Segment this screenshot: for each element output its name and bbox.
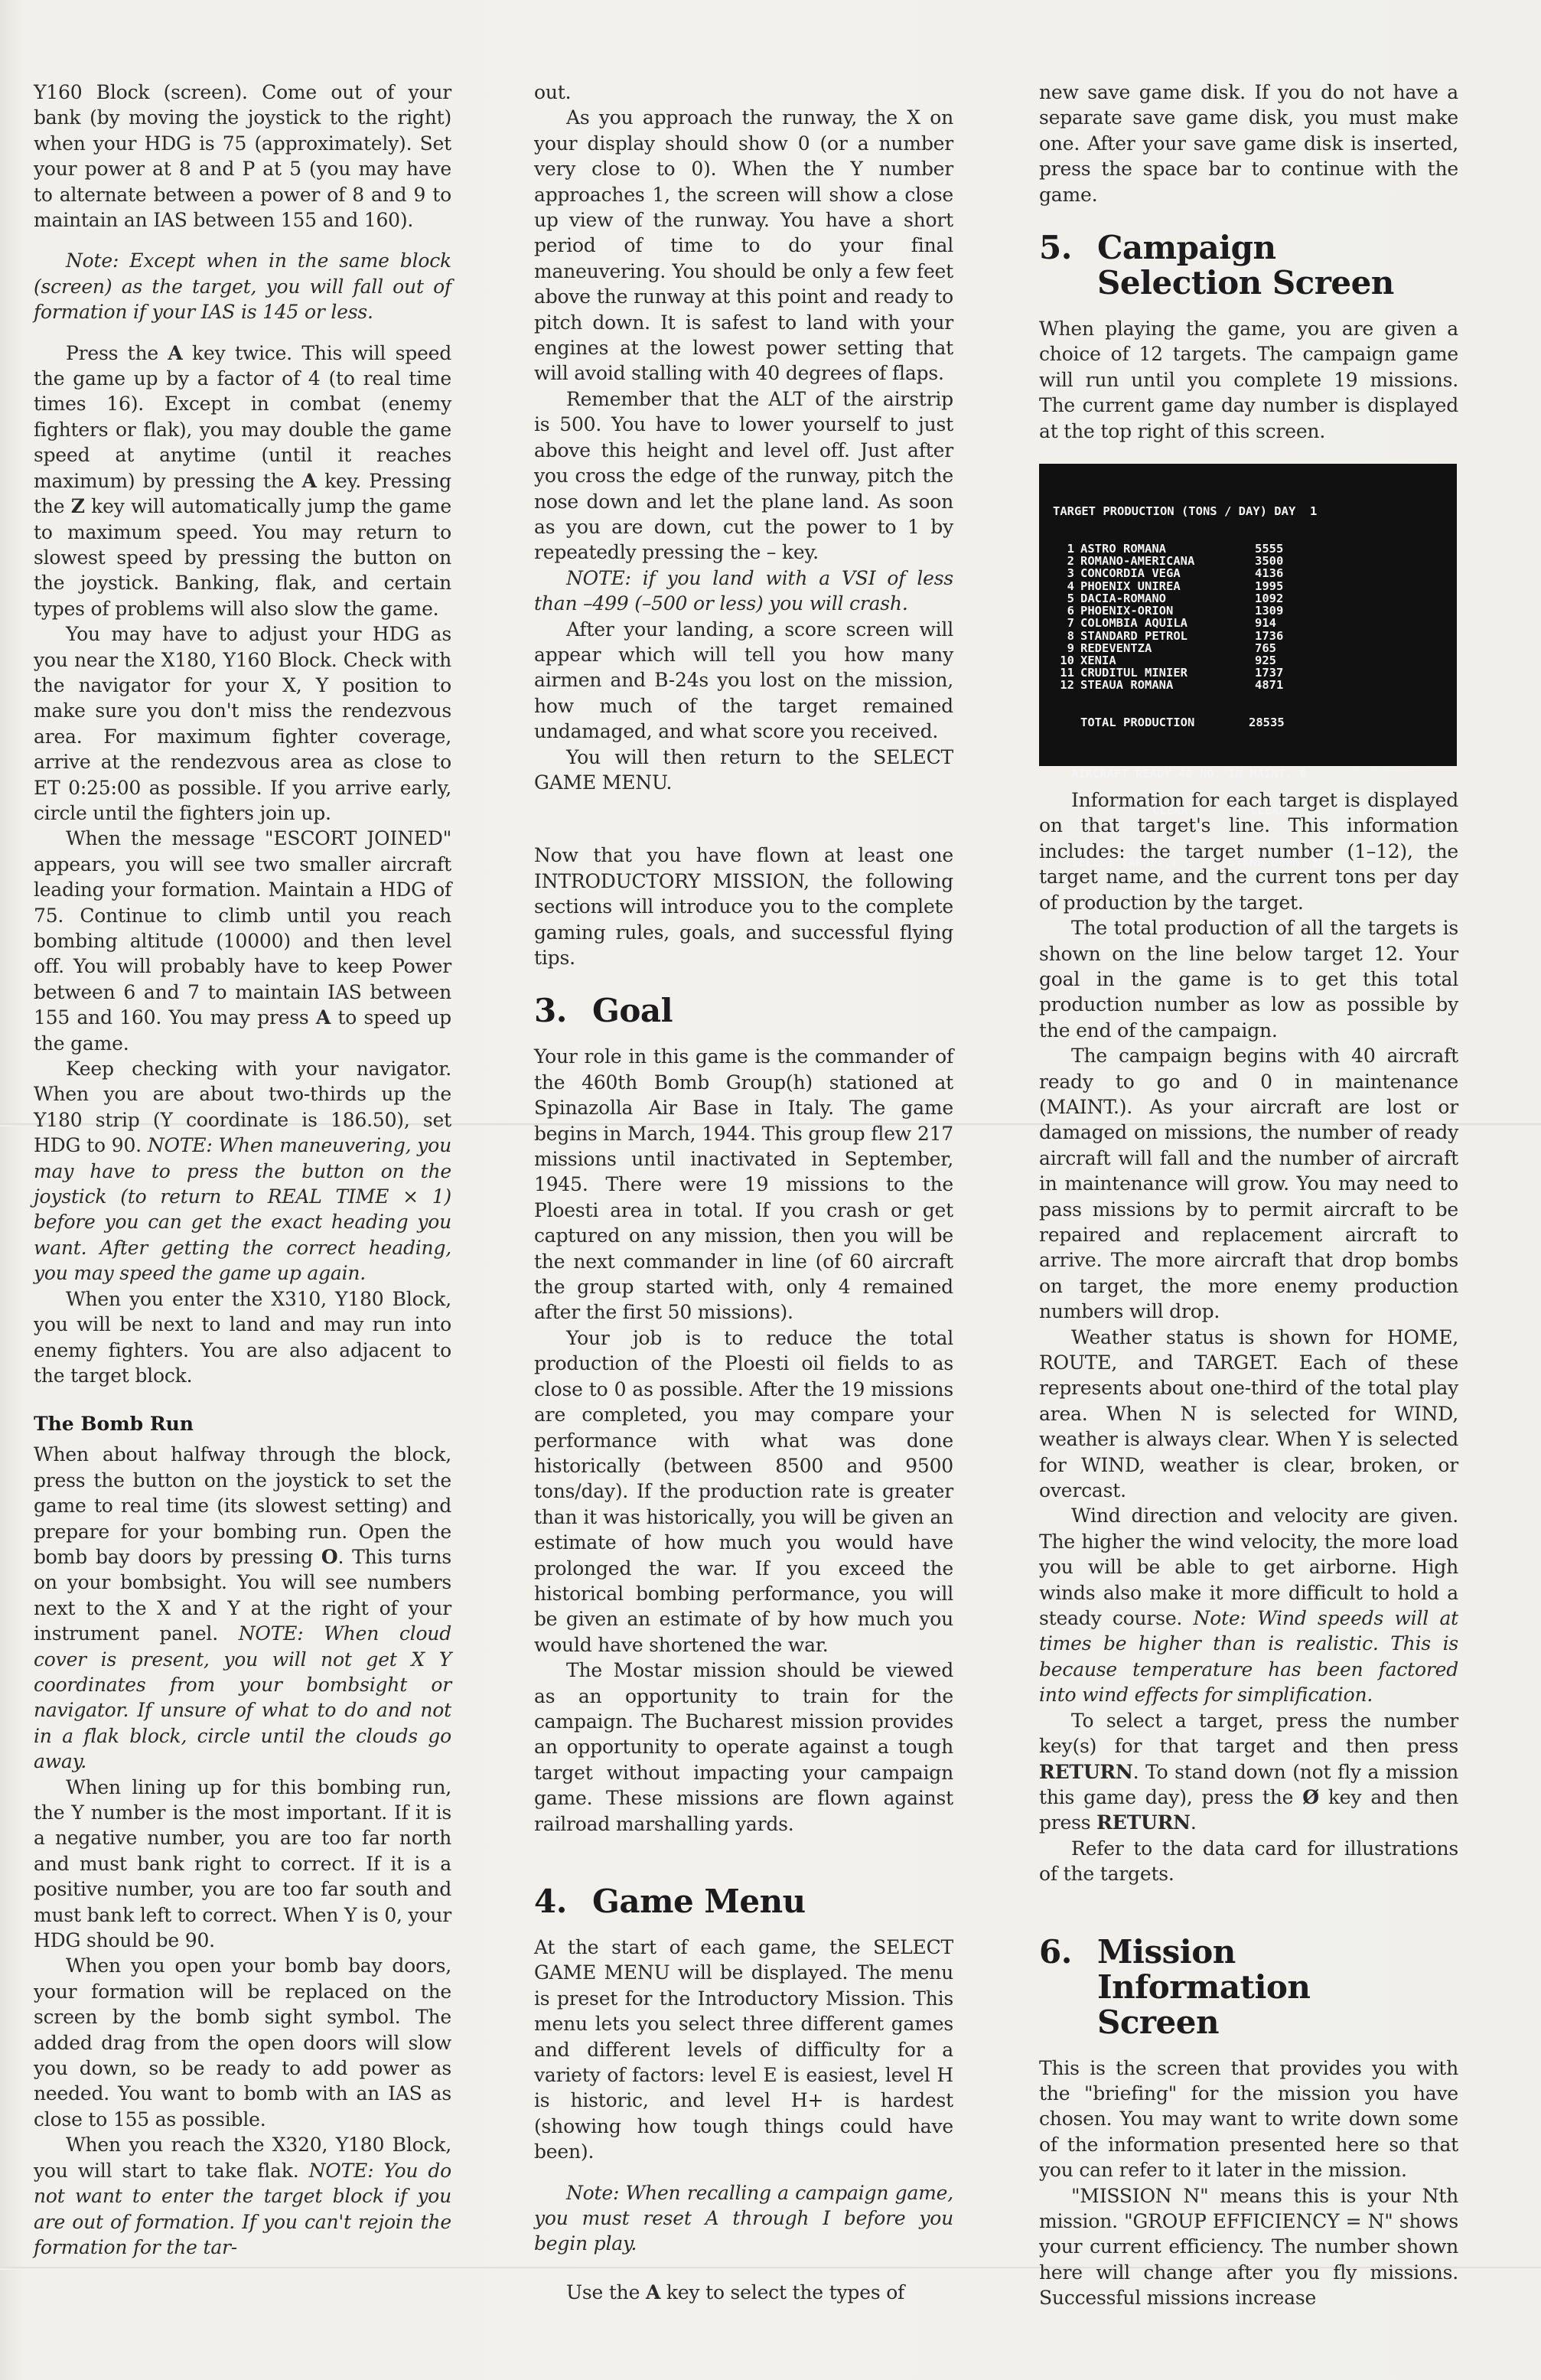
- paragraph: out.: [534, 80, 953, 105]
- paragraph: Use the A key to select the types of: [534, 2280, 953, 2305]
- paragraph: Press the A key twice. This will speed t…: [34, 341, 451, 621]
- paragraph: At the start of each game, the SELECT GA…: [534, 1935, 953, 2165]
- paragraph: The total production of all the targets …: [1039, 915, 1458, 1043]
- target-row: 5DACIA-ROMANO1092: [1053, 592, 1446, 605]
- paragraph: The campaign begins with 40 aircraft rea…: [1039, 1043, 1458, 1324]
- note: NOTE: When maneuvering, you may have to …: [34, 1134, 451, 1284]
- paragraph: As you approach the runway, the X on you…: [534, 105, 953, 386]
- paragraph: Keep checking with your navigator. When …: [34, 1056, 451, 1286]
- paragraph: When you open your bomb bay doors, your …: [34, 1953, 451, 2132]
- target-row: 7COLOMBIA AQUILA914: [1053, 617, 1446, 629]
- paragraph: Remember that the ALT of the airstrip is…: [534, 386, 953, 566]
- paragraph: When you enter the X310, Y180 Block, you…: [34, 1286, 451, 1389]
- paragraph: When lining up for this bombing run, the…: [34, 1775, 451, 1954]
- key-a: A: [646, 2281, 660, 2303]
- paragraph: "MISSION N" means this is your Nth missi…: [1039, 2183, 1458, 2311]
- paragraph: Weather status is shown for HOME, ROUTE,…: [1039, 1325, 1458, 1504]
- target-row: 1ASTRO ROMANA5555: [1053, 543, 1446, 555]
- section-heading-campaign-selection: 5.CampaignSelection Screen: [1039, 230, 1458, 301]
- target-row: 11CRUDITUL MINIER1737: [1053, 667, 1446, 679]
- column-right: new save game disk. If you do not have a…: [1039, 80, 1458, 2311]
- paragraph: Y160 Block (screen). Come out of your ba…: [34, 80, 451, 233]
- paragraph: When you reach the X320, Y180 Block, you…: [34, 2132, 451, 2260]
- target-row: 3CONCORDIA VEGA4136: [1053, 567, 1446, 579]
- key-a: A: [316, 1006, 331, 1029]
- paragraph: After your landing, a score screen will …: [534, 617, 953, 745]
- target-row: 8STANDARD PETROL1736: [1053, 630, 1446, 642]
- key-a: A: [302, 470, 317, 492]
- paragraph: You may have to adjust your HDG as you n…: [34, 621, 451, 826]
- paragraph: Now that you have flown at least one INT…: [534, 843, 953, 970]
- paragraph: To select a target, press the number key…: [1039, 1708, 1458, 1836]
- section-heading-game-menu: 4.Game Menu: [534, 1884, 953, 1919]
- subheading-bomb-run: The Bomb Run: [34, 1411, 451, 1437]
- target-row: 12STEAUA ROMANA4871: [1053, 679, 1446, 691]
- target-list: 1ASTRO ROMANA55552ROMANO-AMERICANA35003C…: [1053, 543, 1446, 691]
- note: NOTE: When cloud cover is present, you w…: [34, 1622, 451, 1772]
- note: Note: Except when in the same block (scr…: [34, 248, 451, 324]
- column-left: Y160 Block (screen). Come out of your ba…: [34, 80, 451, 2260]
- key-return: RETURN: [1096, 1811, 1191, 1834]
- paragraph: The Mostar mission should be viewed as a…: [534, 1658, 953, 1837]
- paragraph: When about halfway through the block, pr…: [34, 1442, 451, 1774]
- key-a: A: [168, 342, 182, 364]
- section-heading-goal: 3.Goal: [534, 993, 953, 1029]
- column-middle: out. As you approach the runway, the X o…: [534, 80, 953, 2305]
- key-zero: Ø: [1302, 1786, 1319, 1808]
- paragraph: Information for each target is displayed…: [1039, 787, 1458, 915]
- target-row: 6PHOENIX-ORION1309: [1053, 605, 1446, 617]
- target-row: 10XENIA925: [1053, 654, 1446, 667]
- note: Note: When recalling a campaign game, yo…: [534, 2180, 953, 2257]
- paragraph: Wind direction and velocity are given. T…: [1039, 1503, 1458, 1707]
- paragraph: new save game disk. If you do not have a…: [1039, 80, 1458, 207]
- key-z: Z: [71, 495, 85, 517]
- note: NOTE: if you land with a VSI of less tha…: [534, 566, 953, 617]
- manual-page: Y160 Block (screen). Come out of your ba…: [0, 0, 1541, 2380]
- target-row: 9REDEVENTZA765: [1053, 642, 1446, 654]
- paragraph: When the message "ESCORT JOINED" appears…: [34, 826, 451, 1056]
- aircraft-status: AIRCRAFT READY 40 NO. IN MAINT. 0: [1053, 768, 1446, 780]
- paragraph: Your role in this game is the commander …: [534, 1044, 953, 1325]
- campaign-screen-screenshot: TARGET PRODUCTION (TONS / DAY) DAY 1 1AS…: [1039, 464, 1457, 766]
- paragraph: Refer to the data card for illustrations…: [1039, 1836, 1458, 1887]
- key-o: O: [321, 1546, 338, 1568]
- target-row: 2ROMANO-AMERICANA3500: [1053, 555, 1446, 567]
- key-return: RETURN: [1039, 1761, 1133, 1783]
- section-heading-mission-information: 6.MissionInformationScreen: [1039, 1935, 1458, 2040]
- total-production-row: TOTAL PRODUCTION28535: [1053, 716, 1446, 729]
- paragraph: This is the screen that provides you wit…: [1039, 2056, 1458, 2183]
- paragraph: When playing the game, you are given a c…: [1039, 316, 1458, 444]
- screen-header: TARGET PRODUCTION (TONS / DAY) DAY 1: [1053, 505, 1446, 517]
- target-row: 4PHOENIX UNIREA1995: [1053, 580, 1446, 592]
- paragraph: You will then return to the SELECT GAME …: [534, 745, 953, 796]
- paragraph: Your job is to reduce the total producti…: [534, 1325, 953, 1658]
